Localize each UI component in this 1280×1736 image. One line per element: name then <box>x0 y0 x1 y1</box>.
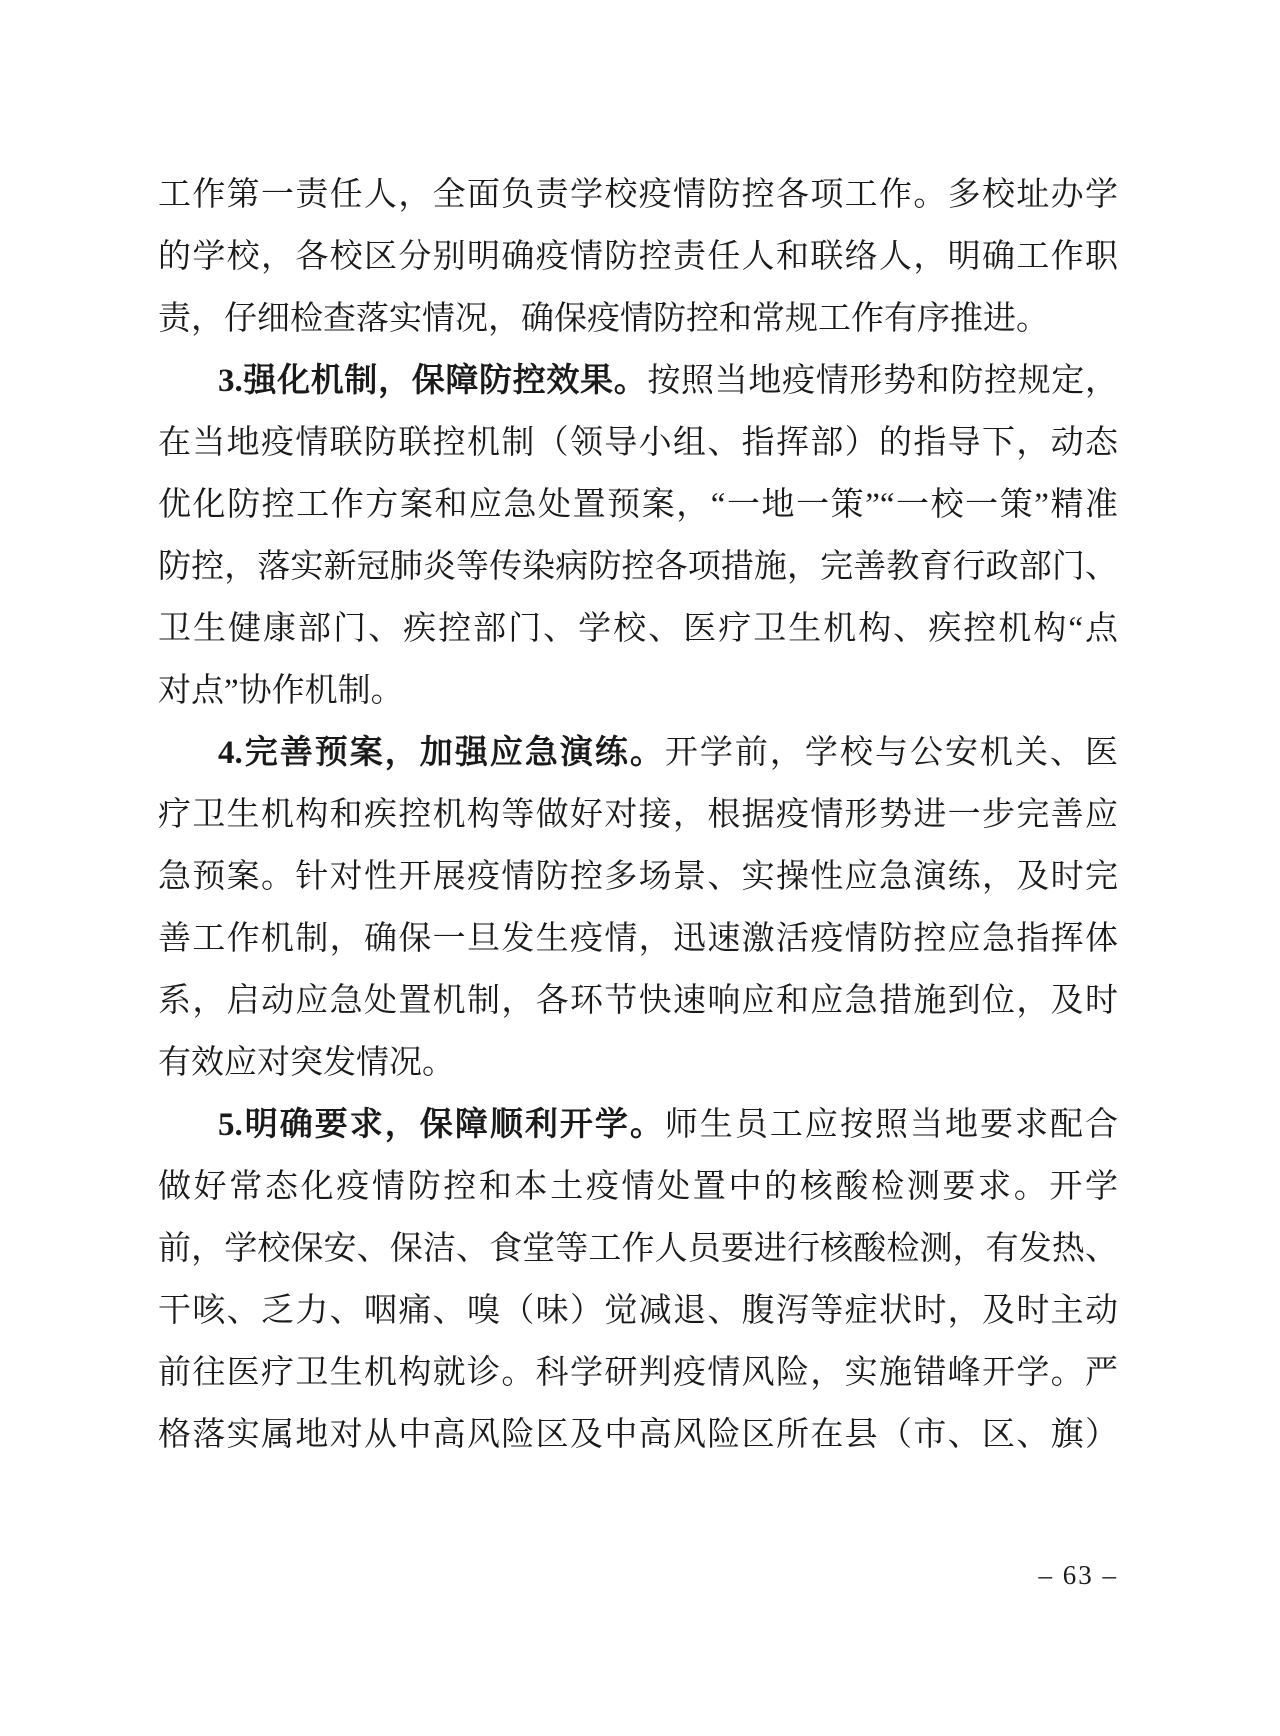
text-line: 善工作机制，确保一旦发生疫情，迅速激活疫情防控应急指挥体 <box>158 908 1118 970</box>
heading-line: 5.明确要求，保障顺利开学。师生员工应按照当地要求配合 <box>158 1094 1118 1156</box>
line-text: 责，仔细检查落实情况，确保疫情防控和常规工作有序推进。 <box>158 301 1049 337</box>
line-text: 在当地疫情联防联控机制（领导小组、指挥部）的指导下，动态 <box>158 425 1118 461</box>
line-text: 善工作机制，确保一旦发生疫情，迅速激活疫情防控应急指挥体 <box>158 921 1118 957</box>
heading-label: 4.完善预案，加强应急演练。 <box>218 735 665 771</box>
line-text: 对点”协作机制。 <box>158 673 404 709</box>
text-line: 做好常态化疫情防控和本土疫情处置中的核酸检测要求。开学 <box>158 1156 1118 1218</box>
line-text: 开学前，学校与公安机关、医 <box>665 735 1118 771</box>
line-text: 的学校，各校区分别明确疫情防控责任人和联络人，明确工作职 <box>158 239 1118 275</box>
document-page: 工作第一责任人，全面负责学校疫情防控各项工作。多校址办学的学校，各校区分别明确疫… <box>0 0 1280 1736</box>
text-line: 优化防控工作方案和应急处置预案，“一地一策”“一校一策”精准 <box>158 474 1118 536</box>
text-line: 疗卫生机构和疾控机构等做好对接，根据疫情形势进一步完善应 <box>158 784 1118 846</box>
line-text: 急预案。针对性开展疫情防控多场景、实操性应急演练，及时完 <box>158 859 1118 895</box>
heading-line: 4.完善预案，加强应急演练。开学前，学校与公安机关、医 <box>158 722 1118 784</box>
text-line: 在当地疫情联防联控机制（领导小组、指挥部）的指导下，动态 <box>158 412 1118 474</box>
heading-line: 3.强化机制，保障防控效果。按照当地疫情形势和防控规定， <box>158 350 1118 412</box>
document-body: 工作第一责任人，全面负责学校疫情防控各项工作。多校址办学的学校，各校区分别明确疫… <box>158 164 1118 1466</box>
text-line: 防控，落实新冠肺炎等传染病防控各项措施，完善教育行政部门、 <box>158 536 1118 598</box>
heading-label: 3.强化机制，保障防控效果。 <box>218 363 647 399</box>
line-text: 干咳、乏力、咽痛、嗅（味）觉减退、腹泻等症状时，及时主动 <box>158 1293 1118 1329</box>
text-line: 卫生健康部门、疾控部门、学校、医疗卫生机构、疾控机构“点 <box>158 598 1118 660</box>
line-text: 优化防控工作方案和应急处置预案，“一地一策”“一校一策”精准 <box>158 487 1118 523</box>
line-text: 卫生健康部门、疾控部门、学校、医疗卫生机构、疾控机构“点 <box>158 611 1118 647</box>
line-text: 防控，落实新冠肺炎等传染病防控各项措施，完善教育行政部门、 <box>158 549 1118 585</box>
text-line: 对点”协作机制。 <box>158 660 1118 722</box>
text-line: 责，仔细检查落实情况，确保疫情防控和常规工作有序推进。 <box>158 288 1118 350</box>
text-line: 干咳、乏力、咽痛、嗅（味）觉减退、腹泻等症状时，及时主动 <box>158 1280 1118 1342</box>
text-line: 系，启动应急处置机制，各环节快速响应和应急措施到位，及时 <box>158 970 1118 1032</box>
text-line: 的学校，各校区分别明确疫情防控责任人和联络人，明确工作职 <box>158 226 1118 288</box>
line-text: 做好常态化疫情防控和本土疫情处置中的核酸检测要求。开学 <box>158 1169 1118 1205</box>
line-text: 师生员工应按照当地要求配合 <box>665 1107 1118 1143</box>
text-line: 有效应对突发情况。 <box>158 1032 1118 1094</box>
text-line: 格落实属地对从中高风险区及中高风险区所在县（市、区、旗） <box>158 1404 1118 1466</box>
text-line: 急预案。针对性开展疫情防控多场景、实操性应急演练，及时完 <box>158 846 1118 908</box>
line-text: 工作第一责任人，全面负责学校疫情防控各项工作。多校址办学 <box>158 177 1118 213</box>
line-text: 前，学校保安、保洁、食堂等工作人员要进行核酸检测，有发热、 <box>158 1231 1118 1267</box>
line-text: 格落实属地对从中高风险区及中高风险区所在县（市、区、旗） <box>158 1417 1118 1453</box>
text-line: 前往医疗卫生机构就诊。科学研判疫情风险，实施错峰开学。严 <box>158 1342 1118 1404</box>
text-line: 工作第一责任人，全面负责学校疫情防控各项工作。多校址办学 <box>158 164 1118 226</box>
heading-label: 5.明确要求，保障顺利开学。 <box>218 1107 665 1143</box>
page-number: – 63 – <box>158 1558 1118 1592</box>
line-text: 有效应对突发情况。 <box>158 1045 455 1081</box>
line-text: 系，启动应急处置机制，各环节快速响应和应急措施到位，及时 <box>158 983 1118 1019</box>
text-line: 前，学校保安、保洁、食堂等工作人员要进行核酸检测，有发热、 <box>158 1218 1118 1280</box>
line-text: 按照当地疫情形势和防控规定， <box>647 363 1118 399</box>
line-text: 疗卫生机构和疾控机构等做好对接，根据疫情形势进一步完善应 <box>158 797 1118 833</box>
line-text: 前往医疗卫生机构就诊。科学研判疫情风险，实施错峰开学。严 <box>158 1355 1118 1391</box>
